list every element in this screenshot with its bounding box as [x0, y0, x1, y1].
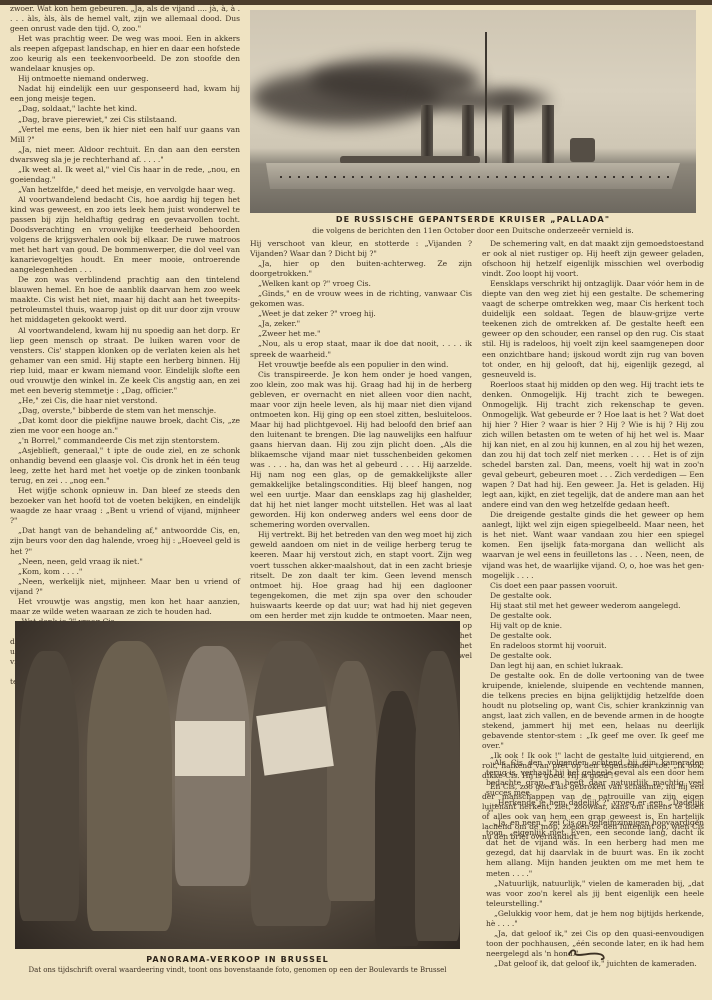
- paragraph: „Welken kant op ?" vroeg Cis.: [250, 279, 472, 289]
- paragraph: „'n Borrel," commandeerde Cis met zijn s…: [10, 436, 240, 446]
- paragraph: „Ja, niet meer. Aldoor rechtuit. En dan …: [10, 145, 240, 165]
- paragraph: „Ja, zeker.": [250, 319, 472, 329]
- paragraph: Roerloos staat hij midden op den weg. Hi…: [482, 380, 704, 511]
- paragraph: Het vrouwtje was angstig, men kon het ha…: [10, 597, 240, 617]
- story-column-3: De schemering valt, en dat maakt zijn ge…: [482, 239, 704, 842]
- paragraph: zwoer. Wat kon hem gebeuren. „Ja, als de…: [10, 4, 240, 34]
- story-column-4: Als Cis den volgenden ochtend bij zijn k…: [486, 758, 704, 969]
- paragraph: Nadat hij eindelijk een uur gesponseerd …: [10, 84, 240, 104]
- newspaper: [256, 706, 334, 775]
- paragraph: „Kom, kom . . . .": [10, 567, 240, 577]
- paragraph: Al voortwandelend bedacht Cis, hoe aardi…: [10, 195, 240, 275]
- paragraph: Het wijfje schonk opnieuw in. Dan bleef …: [10, 486, 240, 526]
- paragraph: „Van hetzelfde," deed het meisje, en ver…: [10, 185, 240, 195]
- paragraph: „Dat hangt van de behandeling af," antwo…: [10, 526, 240, 556]
- paragraph: „Dag, overste," bibberde de stem van het…: [10, 406, 240, 416]
- cruiser-pallada-illustration: [250, 10, 696, 213]
- paragraph: Die dreigende gestalte ginds die het gew…: [482, 510, 704, 580]
- paragraph: „Ja, en neen," zei Cis op geheimzinnigen…: [486, 818, 704, 878]
- paragraph: De gestalte ook.: [482, 591, 704, 601]
- ship-funnel: [421, 105, 433, 163]
- paragraph: De gestalte ook.: [482, 651, 704, 661]
- photo-caption-subtitle: Dat ons tijdschrift overal waardeering v…: [15, 966, 460, 974]
- paragraph: De zon was verblindend prachtig aan den …: [10, 275, 240, 325]
- ship-caption-subtitle: die volgens de berichten den 11en Octobe…: [250, 226, 696, 235]
- photo-caption-title: PANORAMA-VERKOOP IN BRUSSEL: [15, 955, 460, 964]
- officer-figure: [87, 641, 172, 931]
- story-column-1: zwoer. Wat kon hem gebeuren. „Ja, als de…: [10, 4, 240, 687]
- paragraph: „Dat komt door die piekfijne nauwe broek…: [10, 416, 240, 436]
- paragraph: „Ik weet al. Ik weet al," viel Cis haar …: [10, 165, 240, 185]
- paragraph: En radeloos stormt hij vooruit.: [482, 641, 704, 651]
- ship-funnel: [502, 105, 514, 163]
- paragraph: Hij verschoot van kleur, en stotterde : …: [250, 239, 472, 259]
- paragraph: Als Cis den volgenden ochtend bij zijn k…: [486, 758, 704, 798]
- paragraph: „He," zei Cis, die haar niet verstond.: [10, 396, 240, 406]
- paragraph: „Natuurlijk, natuurlijk," vielen de kame…: [486, 879, 704, 909]
- paragraph: Eensklaps verschrikt hij ontzaglijk. Daa…: [482, 279, 704, 379]
- ship-bridge: [570, 138, 595, 162]
- paragraph: „Gelukkig voor hem, dat je hem nog bijti…: [486, 909, 704, 929]
- paragraph: Hij valt op de knie.: [482, 621, 704, 631]
- ship-portholes: [280, 176, 670, 178]
- man-with-paper-figure: [251, 641, 331, 926]
- story-column-2: Hij verschoot van kleur, en stotterde : …: [250, 239, 472, 671]
- paragraph: „Ja, hier op den buiten-achterweg. Ze zi…: [250, 259, 472, 279]
- paragraph: Het vrouwtje beefde als een populier in …: [250, 360, 472, 370]
- paragraph: „Dag, soldaat," lachte het kind.: [10, 104, 240, 114]
- paragraph: „Neen, werkelijk niet, mijnheer. Maar be…: [10, 577, 240, 597]
- paragraph: „Herkende je hem dadelijk ?" vroeg er ee…: [486, 798, 704, 818]
- newspaper: [175, 721, 245, 776]
- paragraph: De gestalte ook.: [482, 631, 704, 641]
- paragraph: De schemering valt, en dat maakt zijn ge…: [482, 239, 704, 279]
- paragraph: Cis doet een paar passen vooruit.: [482, 581, 704, 591]
- smoke-cloud: [490, 92, 550, 108]
- paragraph: „Ginds," en de vrouw wees in de richting…: [250, 289, 472, 309]
- ship-boats: [340, 156, 480, 164]
- ship-caption-title: DE RUSSISCHE GEPANTSERDE KRUISER „PALLAD…: [250, 215, 696, 224]
- paragraph: Dan legt hij aan, en schiet lukraak.: [482, 661, 704, 671]
- ship-funnel: [462, 105, 474, 163]
- paragraph: Het was prachtig weer. De weg was mooi. …: [10, 34, 240, 74]
- paragraph: Al voortwandelend, kwam hij nu spoedig a…: [10, 326, 240, 396]
- paragraph: „Dag, brave pierewiet," zei Cis stilstaa…: [10, 115, 240, 125]
- bystander-figure: [327, 661, 377, 901]
- panorama-sale-photo: [15, 621, 460, 949]
- paragraph: Hij staat stil met het geweer wederom aa…: [482, 601, 704, 611]
- woman-figure: [415, 651, 460, 941]
- paragraph: „Weet je dat zeker ?" vroeg hij.: [250, 309, 472, 319]
- paragraph: „Zweer het me.": [250, 329, 472, 339]
- paragraph: „Vertel me eens, ben ik hier niet een ha…: [10, 125, 240, 145]
- boy-figure: [375, 691, 420, 946]
- paragraph: „Neen, neen, geld vraag ik niet.": [10, 557, 240, 567]
- paragraph: „Asjeblieft, generaal," t ipte de oude z…: [10, 446, 240, 486]
- ship-funnel: [542, 105, 554, 163]
- ship-mast: [485, 32, 487, 167]
- paragraph: De gestalte ook.: [482, 611, 704, 621]
- paragraph: De gestalte ook. En de dolle vertooning …: [482, 671, 704, 751]
- flourish-icon: [565, 946, 607, 962]
- paragraph: „Nou, als u erop staat, maar ik doe dat …: [250, 339, 472, 359]
- soldier-figure: [19, 651, 79, 921]
- paragraph: Hij ontmoette niemand onderweg.: [10, 74, 240, 84]
- paragraph: Cis transpireerde. Je kon hem onder je h…: [250, 370, 472, 531]
